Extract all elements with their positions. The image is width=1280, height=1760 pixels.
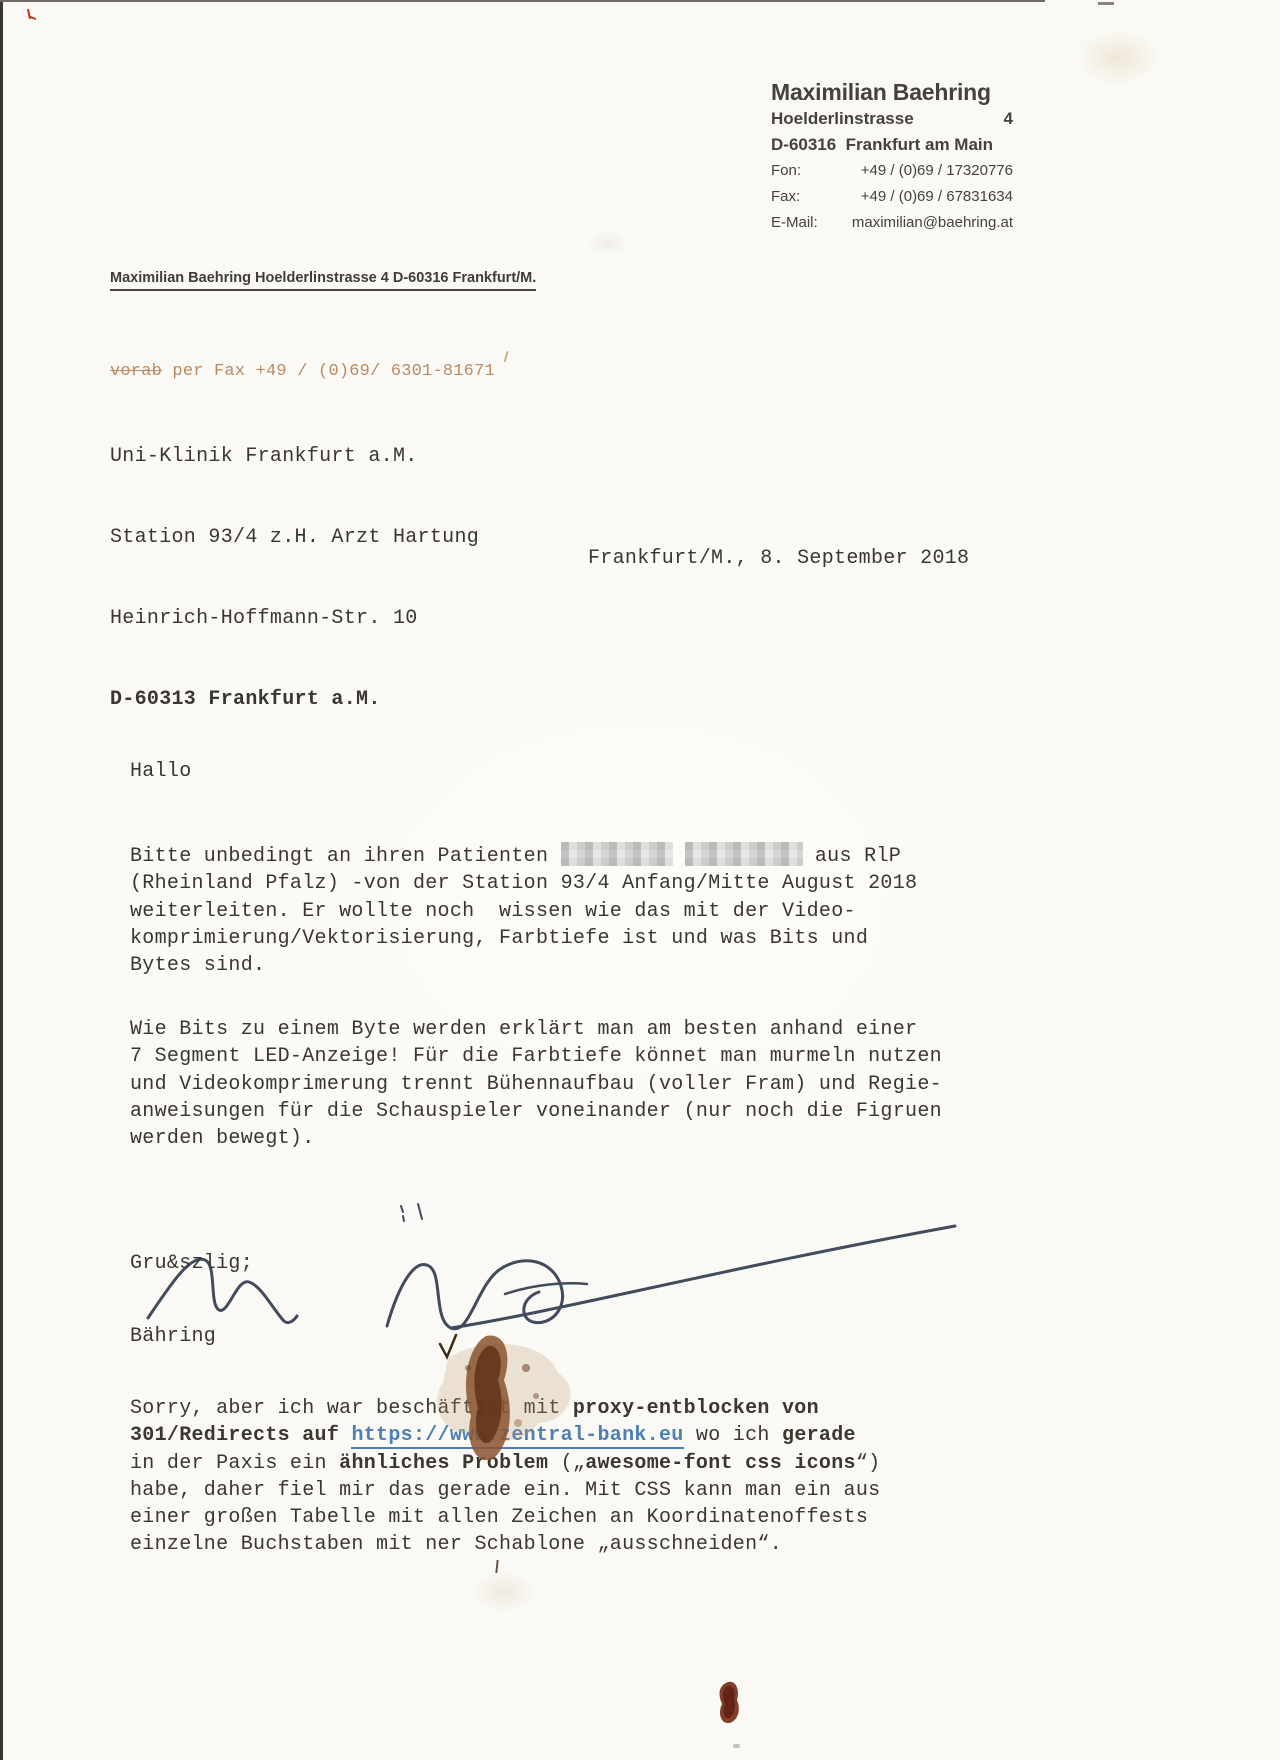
paragraph-line: Bitte unbedingt an ihren Patienten aus R…: [130, 842, 917, 870]
letterhead-street-number: 4: [1004, 106, 1013, 132]
text-run-bold: proxy-entblocken von: [573, 1397, 819, 1420]
fax-value: +49 / (0)69 / 67831634: [861, 184, 1013, 210]
fax-note-struck-word: vorab: [110, 362, 162, 381]
ink-speck: [504, 351, 515, 364]
recipient-address: Uni-Klinik Frankfurt a.M. Station 93/4 z…: [110, 389, 479, 767]
paragraph-line: einer großen Tabelle mit allen Zeichen a…: [130, 1504, 880, 1531]
text-run: wo ich: [684, 1424, 782, 1447]
paragraph-line: habe, daher fiel mir das gerade ein. Mit…: [130, 1477, 880, 1504]
recipient-line-city: D-60313 Frankfurt a.M.: [110, 686, 479, 713]
paragraph-line: anweisungen für die Schauspieler voneina…: [130, 1098, 942, 1125]
letterhead-city: D-60316 Frankfurt am Main: [771, 132, 1013, 158]
fon-value: +49 / (0)69 / 17320776: [861, 158, 1013, 184]
small-stain: [710, 1678, 746, 1726]
letterhead-street-row: Hoelderlinstrasse 4: [771, 106, 1013, 132]
scan-edge-dash: [1098, 2, 1114, 5]
redacted-patient-name-1: [561, 842, 673, 866]
fax-label: Fax:: [771, 184, 800, 210]
scan-edge-left: [0, 0, 3, 1760]
text-run-bold: 301/Redirects auf: [130, 1424, 351, 1447]
text-run: aus RlP: [803, 845, 901, 868]
text-run: “): [856, 1452, 881, 1475]
fax-advance-note: vorab per Fax +49 / (0)69/ 6301-81671: [110, 362, 495, 381]
envelope-sender-line: Maximilian Baehring Hoelderlinstrasse 4 …: [110, 270, 536, 291]
text-run-bold: awesome-font css icons: [585, 1452, 856, 1475]
paragraph-line: weiterleiten. Er wollte noch wissen wie …: [130, 898, 917, 925]
email-label: E-Mail:: [771, 210, 818, 236]
handwritten-signature: [125, 1198, 985, 1343]
recipient-line: Uni-Klinik Frankfurt a.M.: [110, 443, 479, 470]
text-run-bold: gerade: [782, 1424, 856, 1447]
fax-note-rest: per Fax +49 / (0)69/ 6301-81671: [162, 362, 495, 381]
paragraph-line: und Videokomprimerung trennt Bühennaufba…: [130, 1071, 942, 1098]
paragraph-line: (Rheinland Pfalz) -von der Station 93/4 …: [130, 870, 917, 897]
paragraph-1: Bitte unbedingt an ihren Patienten aus R…: [130, 842, 917, 979]
email-value: maximilian@baehring.at: [852, 210, 1013, 236]
letterhead-fon-row: Fon: +49 / (0)69 / 17320776: [771, 158, 1013, 184]
paragraph-2: Wie Bits zu einem Byte werden erklärt ma…: [130, 1016, 942, 1152]
paragraph-line: Bytes sind.: [130, 952, 917, 979]
fon-label: Fon:: [771, 158, 801, 184]
letterhead-street: Hoelderlinstrasse: [771, 106, 914, 132]
paragraph-line: 7 Segment LED-Anzeige! Für die Farbtiefe…: [130, 1043, 942, 1070]
salutation: Hallo: [130, 760, 192, 783]
paragraph-line: komprimierung/Vektorisierung, Farbtiefe …: [130, 925, 917, 952]
letterhead-name: Maximilian Baehring: [771, 78, 1013, 106]
redacted-patient-name-2: [685, 842, 803, 866]
text-run: Bitte unbedingt an ihren Patienten: [130, 845, 561, 868]
paragraph-line: einzelne Buchstaben mit ner Schablone „a…: [130, 1531, 880, 1558]
date-line: Frankfurt/M., 8. September 2018: [588, 547, 969, 570]
paragraph-line: werden bewegt).: [130, 1125, 942, 1152]
recipient-line: Station 93/4 z.H. Arzt Hartung: [110, 524, 479, 551]
paper-speck: [733, 1744, 740, 1748]
paragraph-line: Wie Bits zu einem Byte werden erklärt ma…: [130, 1016, 942, 1043]
scanned-letter-page: Maximilian Baehring Hoelderlinstrasse 4 …: [0, 0, 1280, 1760]
red-registration-mark: [27, 9, 37, 23]
letterhead-fax-row: Fax: +49 / (0)69 / 67831634: [771, 184, 1013, 210]
letterhead: Maximilian Baehring Hoelderlinstrasse 4 …: [771, 78, 1013, 236]
scan-edge-top: [0, 0, 1045, 2]
coffee-stain: [408, 1328, 598, 1468]
letterhead-email-row: E-Mail: maximilian@baehring.at: [771, 210, 1013, 236]
ink-speck: [495, 1560, 498, 1573]
recipient-line: Heinrich-Hoffmann-Str. 10: [110, 605, 479, 632]
text-run: in der Paxis ein: [130, 1452, 339, 1475]
